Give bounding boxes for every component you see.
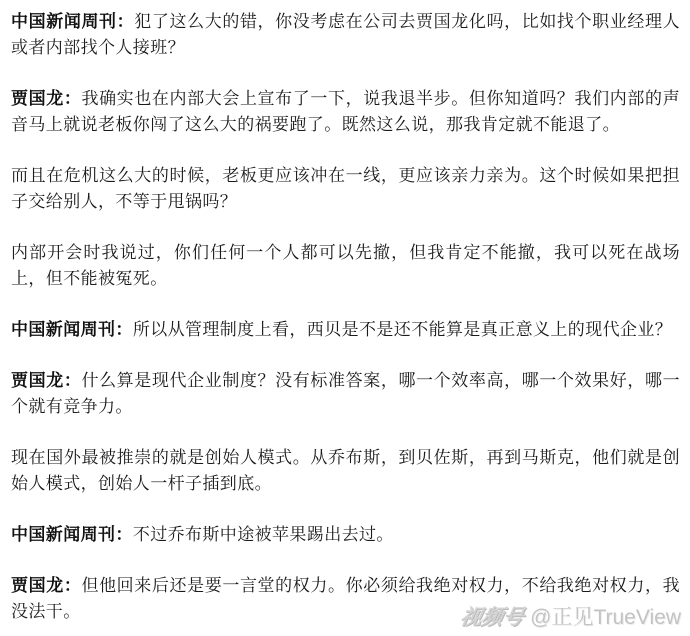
paragraph: 中国新闻周刊：不过乔布斯中途被苹果踢出去过。 xyxy=(11,522,680,548)
speaker-label: 中国新闻周刊： xyxy=(11,12,134,31)
paragraph-text: 什么算是现代企业制度？没有标准答案，哪一个效率高，哪一个效果好，哪一个就有竞争力… xyxy=(11,371,680,416)
paragraph: 中国新闻周刊：所以从管理制度上看，西贝是不是还不能算是真正意义上的现代企业？ xyxy=(11,317,680,343)
paragraph-text: 而且在危机这么大的时候，老板更应该冲在一线，更应该亲力亲为。这个时候如果把担子交… xyxy=(11,166,680,211)
article-page: 中国新闻周刊：犯了这么大的错，你没考虑在公司去贾国龙化吗，比如找个职业经理人或者… xyxy=(0,0,690,636)
paragraph: 中国新闻周刊：犯了这么大的错，你没考虑在公司去贾国龙化吗，比如找个职业经理人或者… xyxy=(11,9,680,61)
watermark: 视频号@正见TrueView xyxy=(461,601,681,631)
speaker-label: 中国新闻周刊： xyxy=(11,525,133,544)
speaker-label: 中国新闻周刊： xyxy=(11,320,133,339)
paragraph-text: 内部开会时我说过，你们任何一个人都可以先撤，但我肯定不能撤，我可以死在战场上，但… xyxy=(11,243,680,288)
paragraph-text: 现在国外最被推崇的就是创始人模式。从乔布斯，到贝佐斯，再到马斯克，他们就是创始人… xyxy=(11,448,680,493)
speaker-label: 贾国龙： xyxy=(11,576,81,595)
paragraph-text: 我确实也在内部大会上宣布了一下，说我退半步。但你知道吗？我们内部的声音马上就说老… xyxy=(11,89,680,134)
watermark-handle: @正见TrueView xyxy=(530,606,681,629)
paragraph: 而且在危机这么大的时候，老板更应该冲在一线，更应该亲力亲为。这个时候如果把担子交… xyxy=(11,163,680,215)
speaker-label: 贾国龙： xyxy=(11,89,81,108)
wechat-channels-logo: 视频号 xyxy=(458,601,527,631)
speaker-label: 贾国龙： xyxy=(11,371,81,390)
paragraph: 现在国外最被推崇的就是创始人模式。从乔布斯，到贝佐斯，再到马斯克，他们就是创始人… xyxy=(11,445,680,497)
paragraph: 贾国龙：我确实也在内部大会上宣布了一下，说我退半步。但你知道吗？我们内部的声音马… xyxy=(11,86,680,138)
interview-transcript: 中国新闻周刊：犯了这么大的错，你没考虑在公司去贾国龙化吗，比如找个职业经理人或者… xyxy=(0,0,690,625)
paragraph: 贾国龙：什么算是现代企业制度？没有标准答案，哪一个效率高，哪一个效果好，哪一个就… xyxy=(11,368,680,420)
paragraph: 内部开会时我说过，你们任何一个人都可以先撤，但我肯定不能撤，我可以死在战场上，但… xyxy=(11,240,680,292)
paragraph-text: 所以从管理制度上看，西贝是不是还不能算是真正意义上的现代企业？ xyxy=(133,320,672,339)
paragraph-text: 不过乔布斯中途被苹果踢出去过。 xyxy=(133,525,394,544)
